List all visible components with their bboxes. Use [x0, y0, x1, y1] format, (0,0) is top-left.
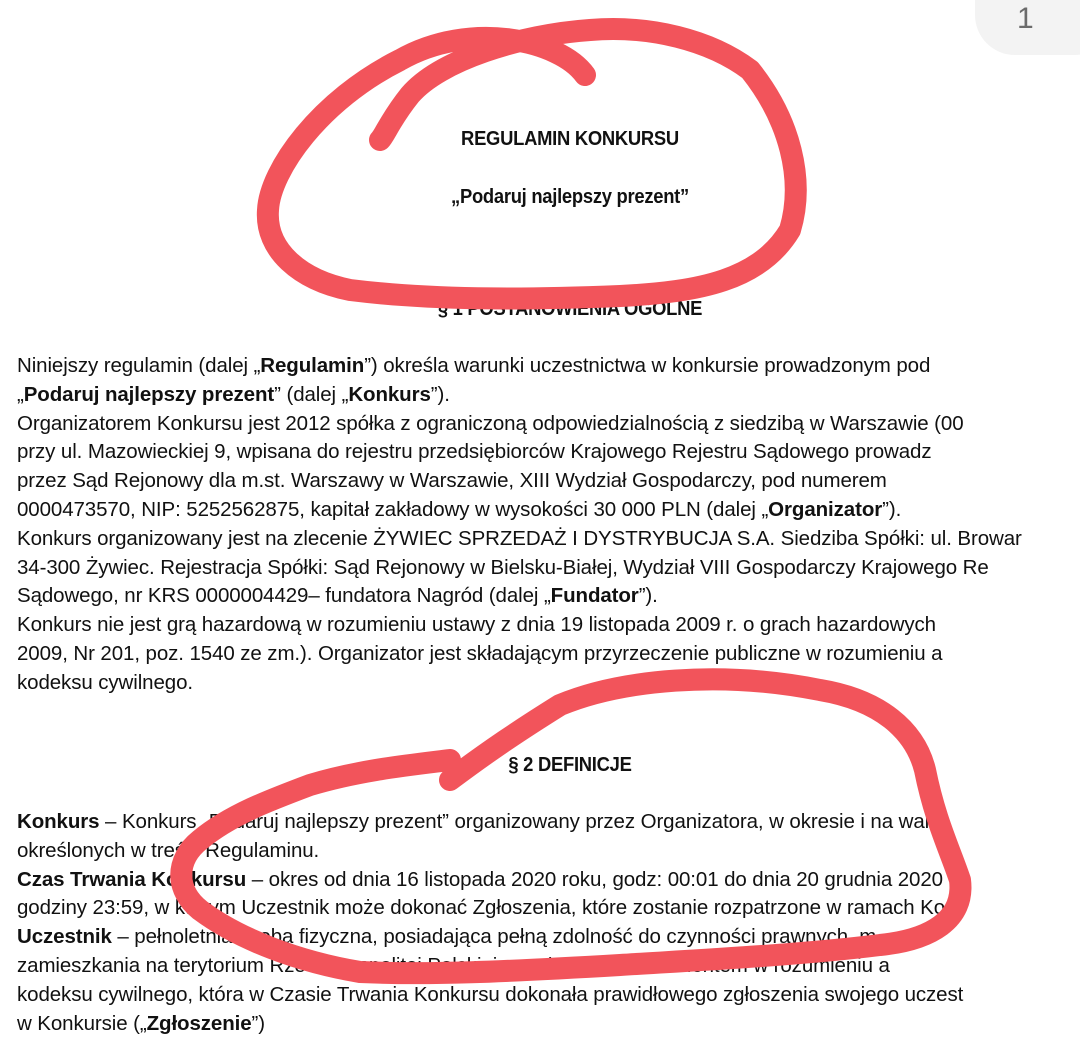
text-line: Niniejszy regulamin (dalej „Regulamin”) … — [17, 352, 930, 381]
text-line: Czas Trwania Konkursu – okres od dnia 16… — [17, 866, 967, 895]
text-line: 0000473570, NIP: 5252562875, kapitał zak… — [17, 496, 901, 525]
circle-annotation-title — [268, 29, 796, 298]
text-line: przez Sąd Rejonowy dla m.st. Warszawy w … — [17, 467, 887, 496]
page-number-badge: 1 — [975, 0, 1080, 55]
text-line: Sądowego, nr KRS 0000004429– fundatora N… — [17, 582, 658, 611]
text-line: zamieszkania na terytorium Rzeczypospoli… — [17, 952, 890, 981]
section-1-heading: § 1 POSTANOWIENIA OGÓLNE — [46, 298, 1080, 321]
text-line: godziny 23:59, w którym Uczestnik może d… — [17, 894, 956, 923]
text-line: określonych w treści Regulaminu. — [17, 837, 319, 866]
text-line: w Konkursie („Zgłoszenie”) — [17, 1010, 265, 1039]
page-number: 1 — [1017, 2, 1034, 36]
section-2-heading: § 2 DEFINICJE — [46, 754, 1080, 777]
text-line: Konkurs nie jest grą hazardową w rozumie… — [17, 611, 936, 640]
text-line: przy ul. Mazowieckiej 9, wpisana do reje… — [17, 438, 932, 467]
text-line: 34-300 Żywiec. Rejestracja Spółki: Sąd R… — [17, 554, 989, 583]
text-line: Konkurs – Konkurs „Podaruj najlepszy pre… — [17, 808, 943, 837]
text-line: Konkurs organizowany jest na zlecenie ŻY… — [17, 525, 1022, 554]
document-subtitle: „Podaruj najlepszy prezent” — [46, 186, 1080, 209]
text-line: Organizatorem Konkursu jest 2012 spółka … — [17, 410, 964, 439]
text-line: kodeksu cywilnego. — [17, 669, 193, 698]
document-title: REGULAMIN KONKURSU — [46, 128, 1080, 151]
text-line: 2009, Nr 201, poz. 1540 ze zm.). Organiz… — [17, 640, 942, 669]
text-line: Uczestnik – pełnoletnia osoba fizyczna, … — [17, 923, 876, 952]
text-line: „Podaruj najlepszy prezent” (dalej „Konk… — [17, 381, 450, 410]
text-line: kodeksu cywilnego, która w Czasie Trwani… — [17, 981, 963, 1010]
